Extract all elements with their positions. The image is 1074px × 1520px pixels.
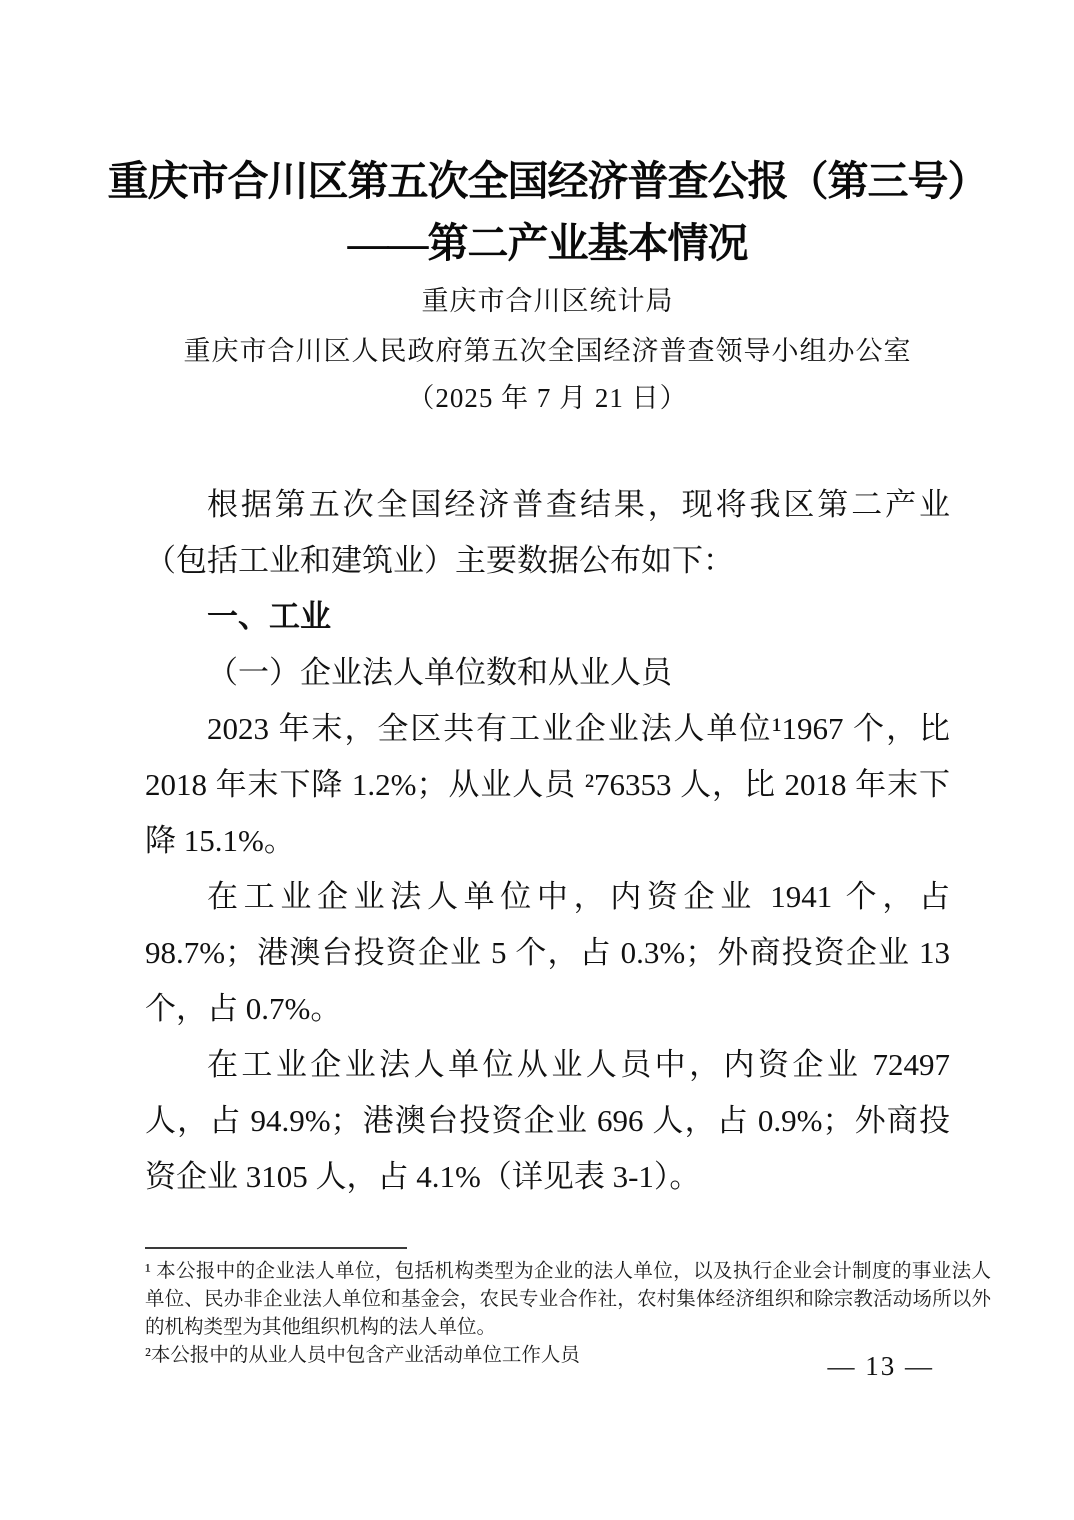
footnote-1: ¹ 本公报中的企业法人单位，包括机构类型为企业的法人单位，以及执行企业会计制度的… xyxy=(145,1258,991,1342)
document-content: 重庆市合川区第五次全国经济普查公报（第三号） ——第二产业基本情况 重庆市合川区… xyxy=(145,150,950,1205)
page-number: — 13 — xyxy=(828,1351,935,1382)
document-page: 重庆市合川区第五次全国经济普查公报（第三号） ——第二产业基本情况 重庆市合川区… xyxy=(0,0,1074,1520)
paragraph-unit-counts: 2023 年末，全区共有工业企业法人单位¹1967 个，比 2018 年末下降 … xyxy=(145,701,950,869)
paragraph-units-by-ownership: 在工业企业法人单位中，内资企业 1941 个，占 98.7%；港澳台投资企业 5… xyxy=(145,869,950,1037)
issuer-line-statistics-bureau: 重庆市合川区统计局 xyxy=(145,284,950,318)
document-body: 根据第五次全国经济普查结果，现将我区第二产业（包括工业和建筑业）主要数据公布如下… xyxy=(145,477,950,1205)
title-line-1: 重庆市合川区第五次全国经济普查公报（第三号） xyxy=(79,150,1016,212)
paragraph-employees-by-ownership: 在工业企业法人单位从业人员中，内资企业 72497 人，占 94.9%；港澳台投… xyxy=(145,1037,950,1205)
intro-paragraph: 根据第五次全国经济普查结果，现将我区第二产业（包括工业和建筑业）主要数据公布如下… xyxy=(145,477,950,589)
footnote-separator-rule xyxy=(145,1247,407,1249)
issuer-line-census-office: 重庆市合川区人民政府第五次全国经济普查领导小组办公室 xyxy=(145,334,950,368)
publication-date: （2025 年 7 月 21 日） xyxy=(145,381,950,415)
title-line-2: ——第二产业基本情况 xyxy=(79,212,1016,274)
subsection-heading-legal-units: （一）企业法人单位数和从业人员 xyxy=(145,645,950,701)
document-title: 重庆市合川区第五次全国经济普查公报（第三号） ——第二产业基本情况 xyxy=(79,150,1016,274)
section-heading-industry: 一、工业 xyxy=(145,589,950,645)
